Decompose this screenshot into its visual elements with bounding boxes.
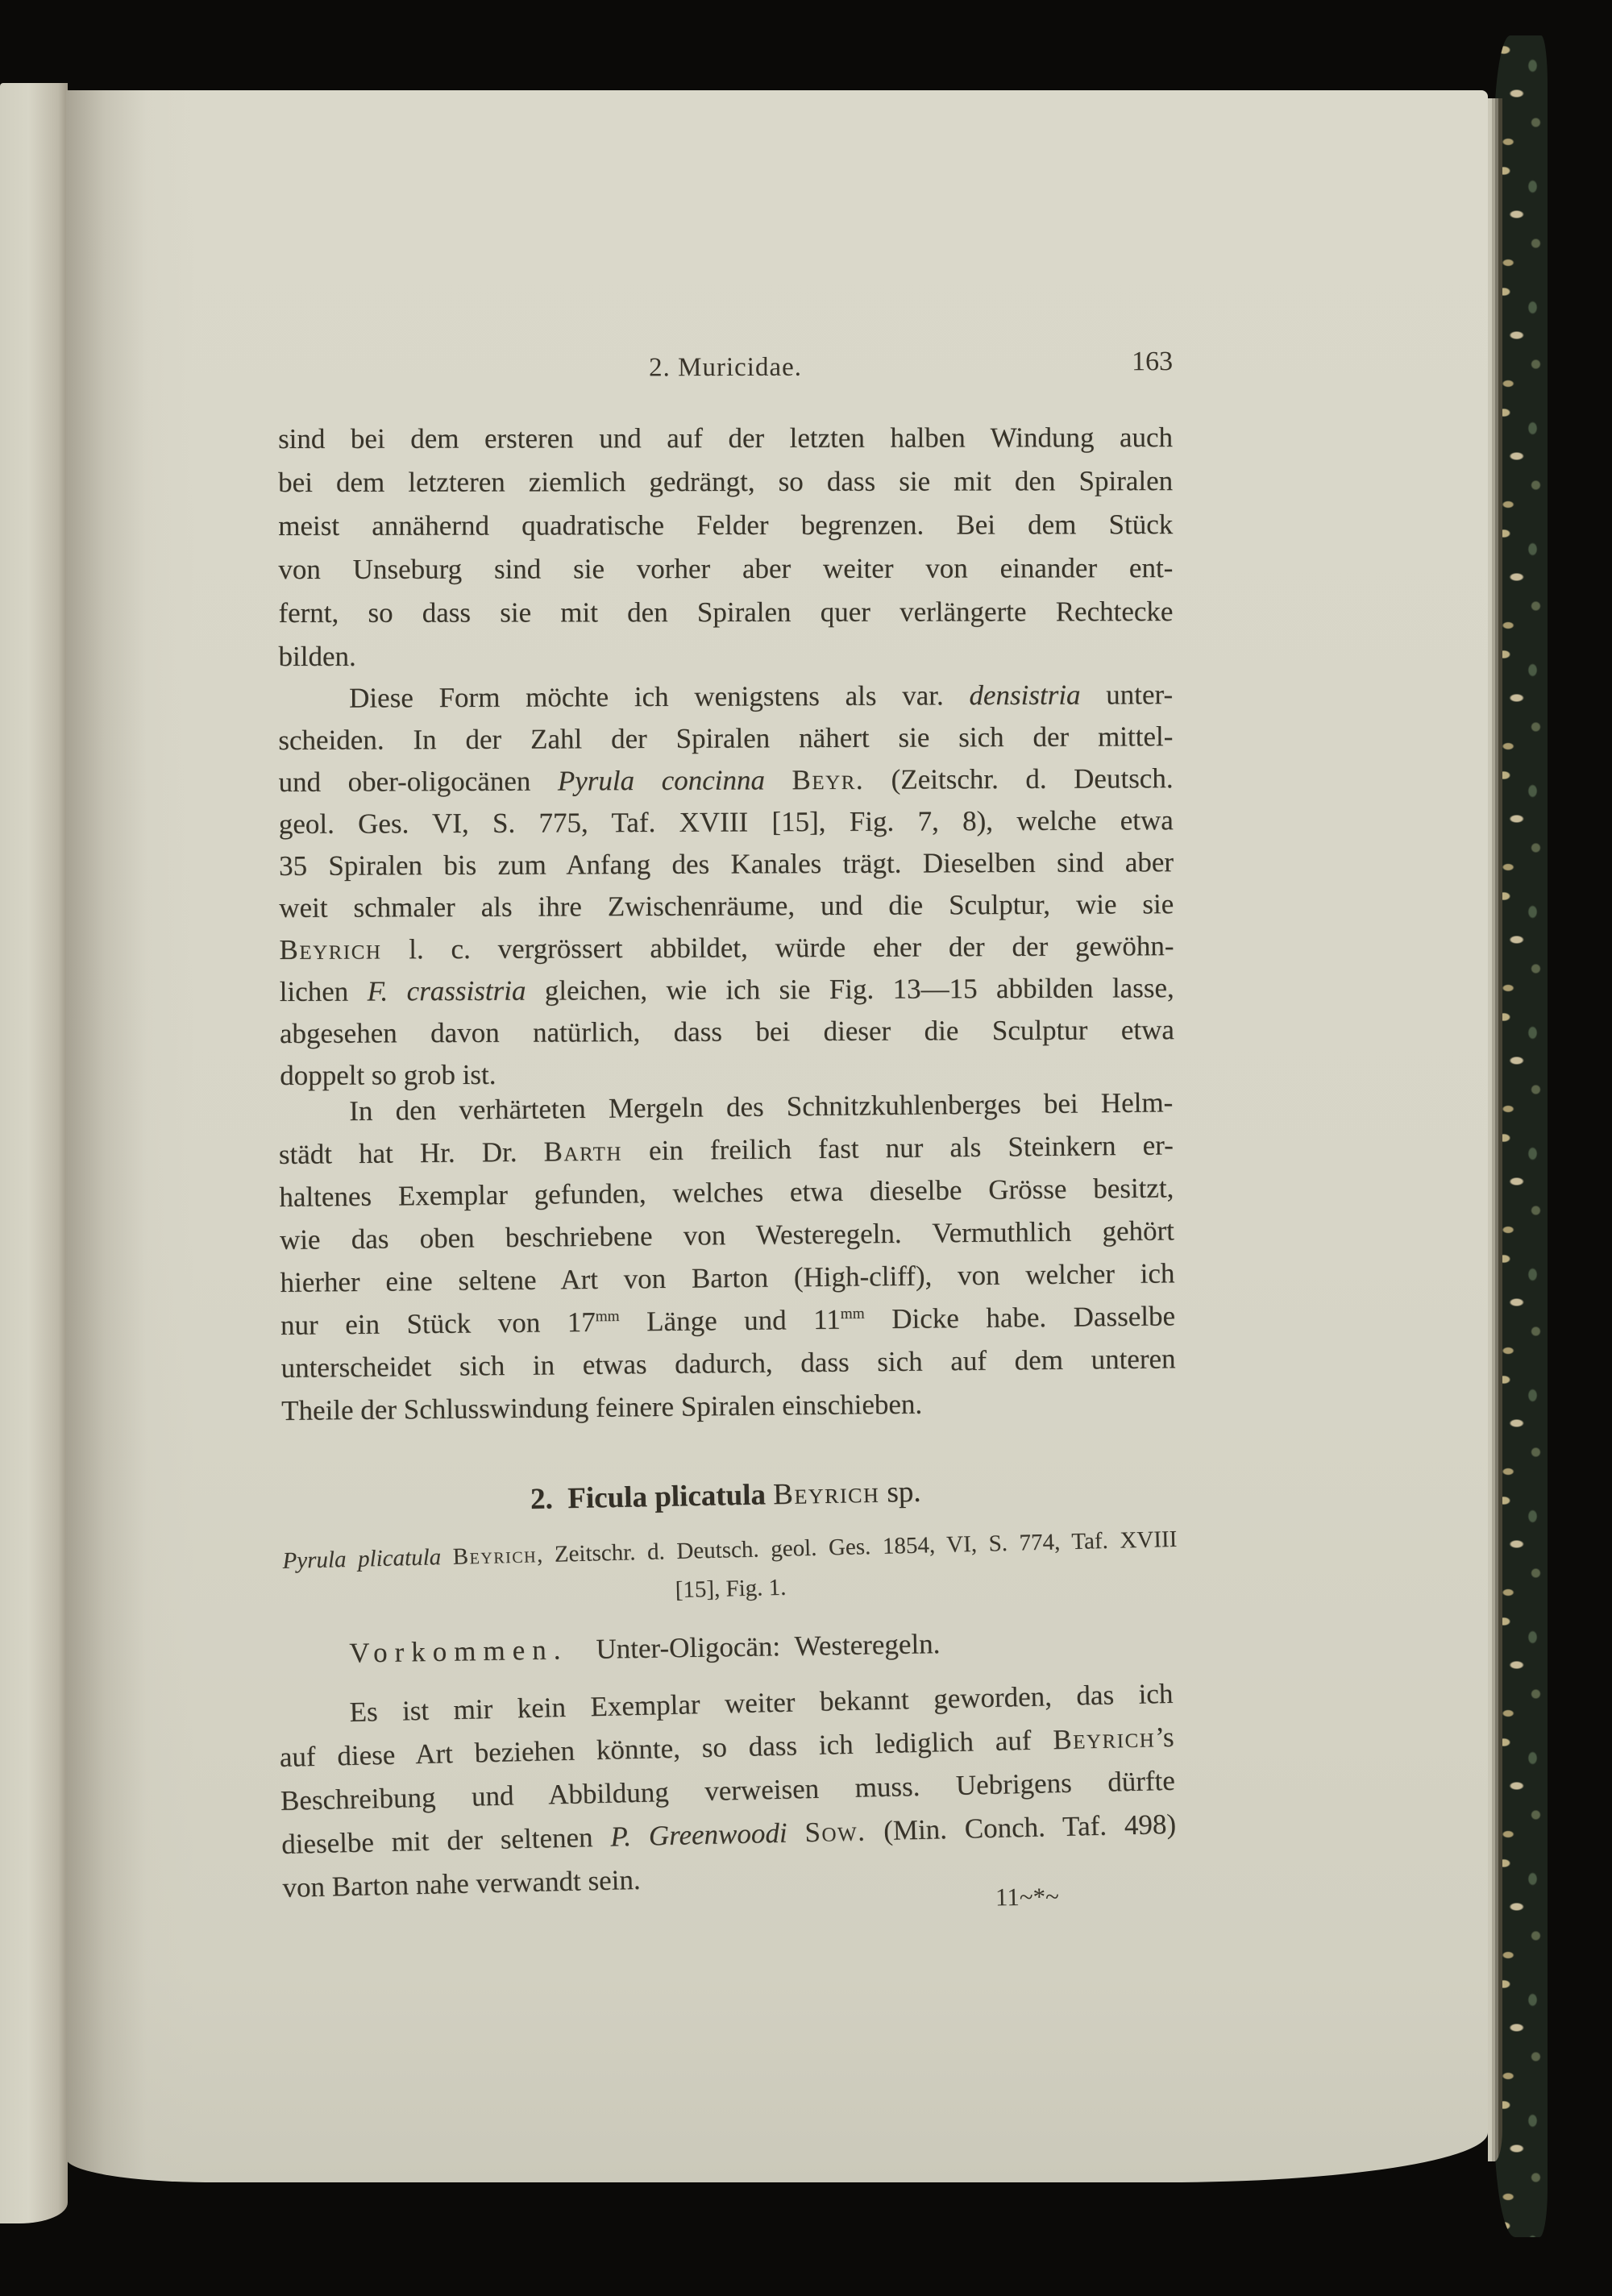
text-run: Beyrich bbox=[1053, 1721, 1156, 1755]
book-scan: 2. Muricidae. 163 sind bei dem ersteren … bbox=[0, 0, 1612, 2296]
text-run: mm bbox=[596, 1308, 620, 1325]
paragraph-2: Diese Form möchte ich wenigstens als var… bbox=[278, 674, 1174, 1097]
signature-mark: 11~*~ bbox=[995, 1882, 1059, 1912]
text-run: Beyrich bbox=[773, 1476, 880, 1512]
text-run: mm bbox=[841, 1306, 865, 1322]
text-run: Beyrich bbox=[452, 1542, 537, 1570]
text-line: meist annähernd quadratische Felder begr… bbox=[278, 503, 1173, 548]
text-line: Theile der Schlusswindung feinere Spiral… bbox=[281, 1380, 1176, 1432]
text-run: P. Greenwoodi bbox=[610, 1817, 787, 1853]
text-line: bei dem letzteren ziemlich gedrängt, so … bbox=[278, 459, 1173, 504]
text-line: und ober-oligocänen Pyrula concinna Beyr… bbox=[278, 758, 1173, 803]
text-run: Beyr. bbox=[791, 764, 864, 795]
text-run: F. crassistria bbox=[368, 975, 526, 1007]
text-line: abgesehen davon natürlich, dass bei dies… bbox=[280, 1009, 1174, 1055]
text-line: fernt, so dass sie mit den Spiralen quer… bbox=[278, 590, 1173, 635]
text-run: densistria bbox=[969, 679, 1080, 712]
text-run: 2. Ficula plicatula bbox=[530, 1478, 767, 1516]
text-line: weit schmaler als ihre Zwischenräume, un… bbox=[279, 883, 1174, 929]
text-line: scheiden. In der Zahl der Spiralen näher… bbox=[278, 716, 1173, 762]
text-line: sind bei dem ersteren und auf der letzte… bbox=[278, 416, 1173, 461]
page-stack-edge bbox=[1488, 98, 1502, 2161]
text-line: lichen F. crassistria gleichen, wie ich … bbox=[280, 967, 1174, 1013]
text-run: Pyrula plicatula bbox=[282, 1544, 441, 1574]
body-text: sind bei dem ersteren und auf der letzte… bbox=[66, 90, 1488, 2182]
text-line: geol. Ges. VI, S. 775, Taf. XVIII [15], … bbox=[279, 799, 1174, 845]
text-line: 35 Spiralen bis zum Anfang des Kanales t… bbox=[279, 841, 1174, 887]
text-run: Vorkommen. bbox=[349, 1634, 568, 1668]
paragraph-3: In den verhärteten Mergeln des Schnitzku… bbox=[278, 1081, 1176, 1432]
text-line: Beyrich l. c. vergrössert abbildet, würd… bbox=[279, 925, 1174, 971]
text-run: Beyrich bbox=[279, 933, 381, 965]
text-run: Barth bbox=[543, 1136, 622, 1168]
text-run: Sow. bbox=[804, 1816, 866, 1849]
paragraph-1: sind bei dem ersteren und auf der letzte… bbox=[278, 416, 1174, 679]
book-page: 2. Muricidae. 163 sind bei dem ersteren … bbox=[66, 90, 1488, 2182]
text-line: von Unseburg sind sie vorher aber weiter… bbox=[278, 546, 1173, 592]
facing-page-edge bbox=[0, 83, 68, 2223]
text-line: bilden. bbox=[278, 633, 1173, 679]
text-line: Diese Form möchte ich wenigstens als var… bbox=[278, 674, 1173, 720]
text-run: Pyrula concinna bbox=[558, 764, 765, 796]
paragraph-4: Es ist mir kein Exemplar weiter bekannt … bbox=[278, 1672, 1178, 1910]
